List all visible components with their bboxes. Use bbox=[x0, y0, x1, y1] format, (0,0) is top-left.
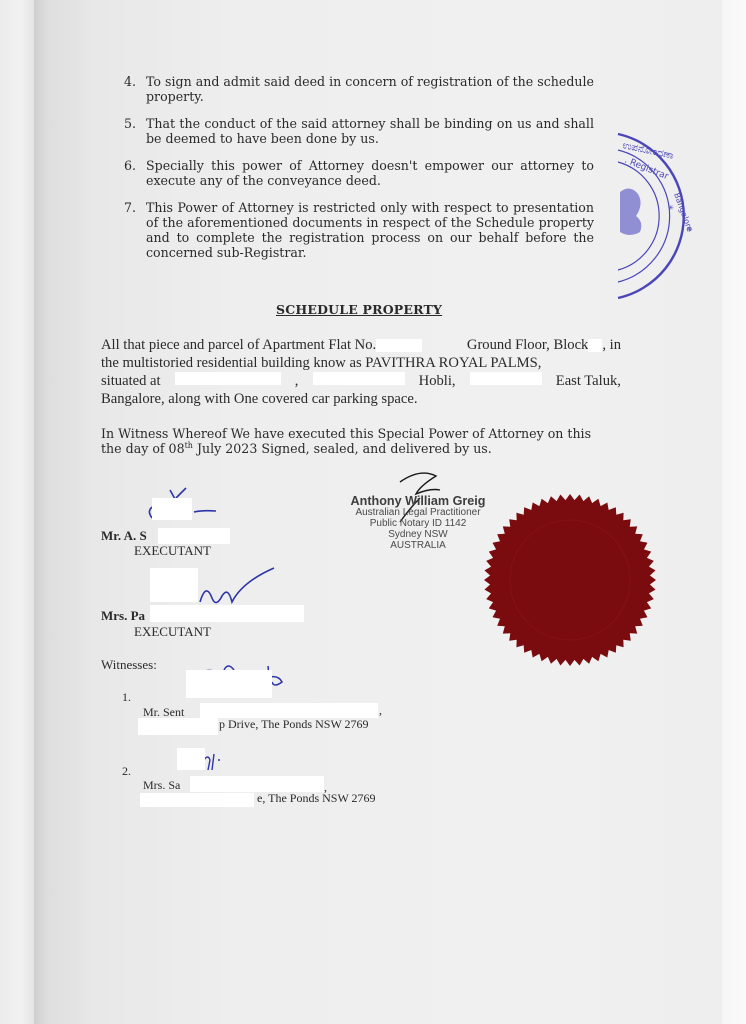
redaction bbox=[152, 498, 192, 520]
executant-1: Mr. A. S bbox=[101, 528, 147, 544]
redaction bbox=[138, 718, 218, 735]
redaction bbox=[470, 372, 542, 385]
underlying-page-edge bbox=[0, 0, 36, 1024]
clause-4: 4.To sign and admit said deed in concern… bbox=[120, 74, 594, 104]
redaction bbox=[158, 528, 230, 544]
redaction bbox=[376, 339, 422, 352]
clause-text: Specially this power of Attorney doesn't… bbox=[146, 158, 594, 188]
page-right-margin bbox=[722, 0, 746, 1024]
schedule-line-1: All that piece and parcel of Apartment F… bbox=[101, 336, 621, 354]
schedule-line-2: the multistoried residential building kn… bbox=[101, 354, 621, 372]
witness-1-number: 1. bbox=[122, 690, 131, 705]
redaction bbox=[200, 703, 378, 718]
clause-text: That the conduct of the said attorney sh… bbox=[146, 116, 594, 146]
signature-executant-2-icon bbox=[190, 560, 290, 610]
clause-5: 5.That the conduct of the said attorney … bbox=[120, 116, 594, 146]
svg-text:✳: ✳ bbox=[686, 225, 693, 234]
schedule-line-3: situated at , Hobli, East Taluk, bbox=[101, 372, 621, 390]
witness-2-address: e, The Ponds NSW 2769 bbox=[257, 791, 376, 806]
witness-2-name: Mrs. Sa bbox=[143, 778, 180, 793]
redaction bbox=[186, 670, 272, 698]
witness-2-number: 2. bbox=[122, 764, 131, 779]
svg-text:✳: ✳ bbox=[668, 204, 674, 212]
witnesses-label: Witnesses: bbox=[101, 657, 157, 673]
redaction bbox=[313, 372, 405, 385]
redaction bbox=[175, 372, 281, 385]
schedule-line-4: Bangalore, along with One covered car pa… bbox=[101, 390, 621, 408]
schedule-paragraph: All that piece and parcel of Apartment F… bbox=[101, 336, 621, 408]
redaction bbox=[150, 605, 304, 622]
executant-2: Mrs. Pa bbox=[101, 608, 145, 624]
redaction bbox=[588, 339, 602, 352]
witness-1-address: p Drive, The Ponds NSW 2769 bbox=[219, 717, 369, 732]
notary-block: Anthony William Greig Australian Legal P… bbox=[330, 496, 506, 551]
schedule-heading: SCHEDULE PROPERTY bbox=[276, 302, 442, 317]
clause-text: This Power of Attorney is restricted onl… bbox=[146, 200, 594, 260]
clause-6: 6.Specially this power of Attorney doesn… bbox=[120, 158, 594, 188]
executant-2-role: EXECUTANT bbox=[134, 624, 211, 640]
clause-text: To sign and admit said deed in concern o… bbox=[146, 74, 594, 104]
executant-1-role: EXECUTANT bbox=[134, 543, 211, 559]
redaction bbox=[190, 776, 324, 792]
redaction bbox=[177, 748, 205, 770]
clauses-list: 4.To sign and admit said deed in concern… bbox=[120, 74, 594, 272]
notary-seal-icon bbox=[482, 492, 658, 668]
redaction bbox=[150, 568, 198, 602]
redaction bbox=[140, 793, 254, 807]
in-witness-clause: In Witness Whereof We have executed this… bbox=[101, 426, 621, 456]
clause-7: 7.This Power of Attorney is restricted o… bbox=[120, 200, 594, 260]
registrar-stamp-icon: ಉಪನೋಂದಣಾ . Registrar Bangalore ✳ ✳ bbox=[612, 128, 708, 304]
